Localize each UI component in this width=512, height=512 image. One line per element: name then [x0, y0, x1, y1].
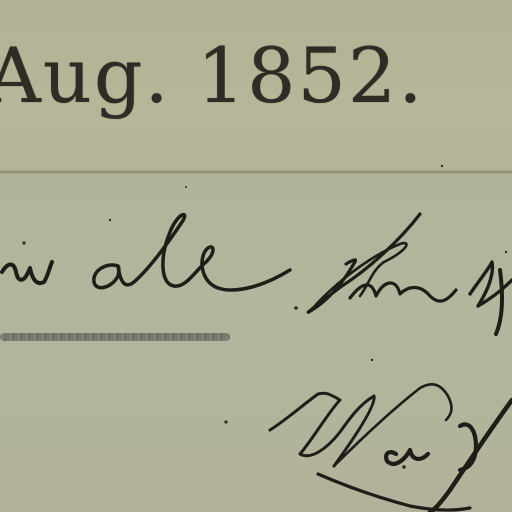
handwritten-word-u: [2, 262, 52, 283]
handwritten-word-was: [270, 384, 512, 512]
handwritten-script: [0, 0, 512, 512]
document-scan: Aug. 1852.: [0, 0, 512, 512]
handwritten-word-ale: [94, 215, 290, 290]
ink-specks: [22, 165, 507, 469]
handwritten-word-rentz: [308, 214, 512, 334]
